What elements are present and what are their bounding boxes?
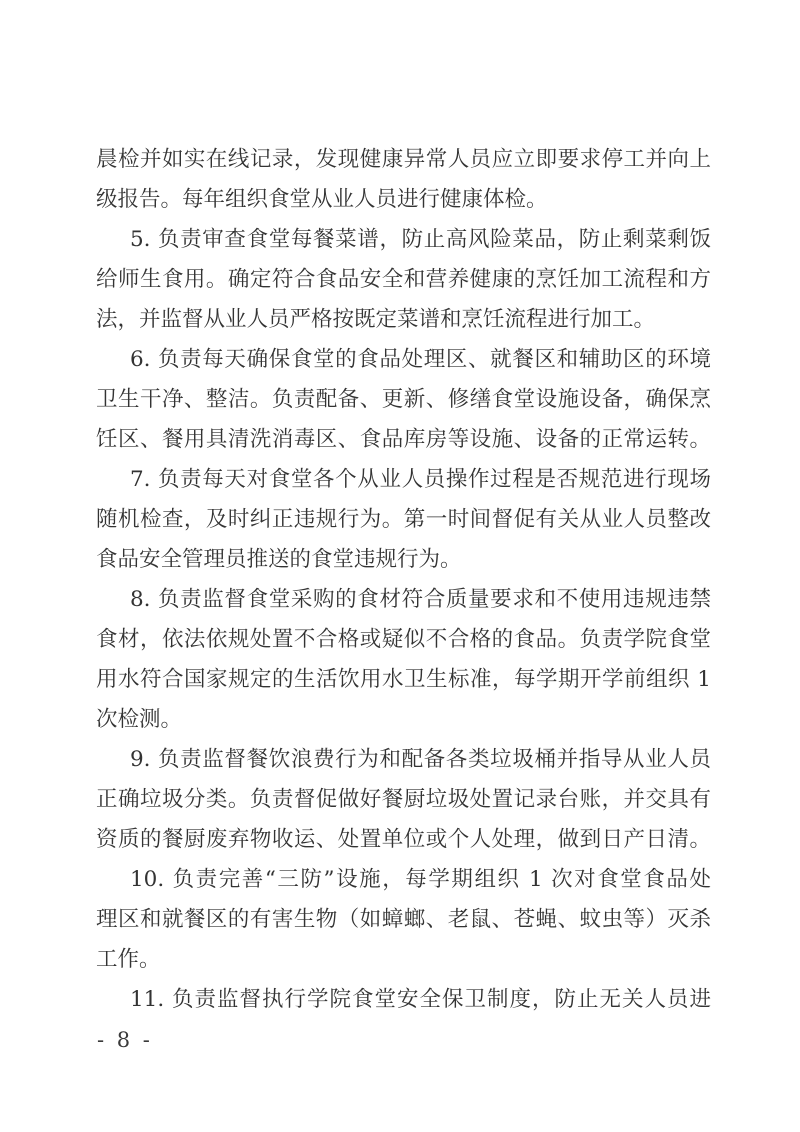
text-line: 食材，依法依规处置不合格或疑似不合格的食品。负责学院食堂 — [96, 620, 711, 660]
text-line: 卫生干净、整洁。负责配备、更新、修缮食堂设施设备，确保烹 — [96, 380, 711, 420]
text-line: 给师生食用。确定符合食品安全和营养健康的烹饪加工流程和方 — [96, 260, 711, 300]
document-body: 晨检并如实在线记录，发现健康异常人员应立即要求停工并向上 级报告。每年组织食堂从… — [96, 140, 711, 1020]
text-line: 随机检查，及时纠正违规行为。第一时间督促有关从业人员整改 — [96, 500, 711, 540]
text-line: 正确垃圾分类。负责督促做好餐厨垃圾处置记录台账，并交具有 — [96, 780, 711, 820]
page-number: - 8 - — [97, 1027, 153, 1053]
text-line-item-11: 11. 负责监督执行学院食堂安全保卫制度，防止无关人员进 — [96, 980, 711, 1020]
text-line: 级报告。每年组织食堂从业人员进行健康体检。 — [96, 180, 711, 220]
text-line: 资质的餐厨废弃物收运、处置单位或个人处理，做到日产日清。 — [96, 820, 711, 860]
text-line: 食品安全管理员推送的食堂违规行为。 — [96, 540, 711, 580]
text-line: 饪区、餐用具清洗消毒区、食品库房等设施、设备的正常运转。 — [96, 420, 711, 460]
document-page: 晨检并如实在线记录，发现健康异常人员应立即要求停工并向上 级报告。每年组织食堂从… — [0, 0, 800, 1132]
text-line-item-7: 7. 负责每天对食堂各个从业人员操作过程是否规范进行现场 — [96, 460, 711, 500]
text-line: 工作。 — [96, 940, 711, 980]
text-line: 用水符合国家规定的生活饮用水卫生标准，每学期开学前组织 1 — [96, 660, 711, 700]
text-line: 晨检并如实在线记录，发现健康异常人员应立即要求停工并向上 — [96, 140, 711, 180]
text-line: 法，并监督从业人员严格按既定菜谱和烹饪流程进行加工。 — [96, 300, 711, 340]
text-line-item-5: 5. 负责审查食堂每餐菜谱，防止高风险菜品，防止剩菜剩饭 — [96, 220, 711, 260]
text-line-item-8: 8. 负责监督食堂采购的食材符合质量要求和不使用违规违禁 — [96, 580, 711, 620]
text-line: 理区和就餐区的有害生物（如蟑螂、老鼠、苍蝇、蚊虫等）灭杀 — [96, 900, 711, 940]
text-line-item-10: 10. 负责完善“三防”设施，每学期组织 1 次对食堂食品处 — [96, 860, 711, 900]
text-line: 次检测。 — [96, 700, 711, 740]
text-line-item-6: 6. 负责每天确保食堂的食品处理区、就餐区和辅助区的环境 — [96, 340, 711, 380]
text-line-item-9: 9. 负责监督餐饮浪费行为和配备各类垃圾桶并指导从业人员 — [96, 740, 711, 780]
